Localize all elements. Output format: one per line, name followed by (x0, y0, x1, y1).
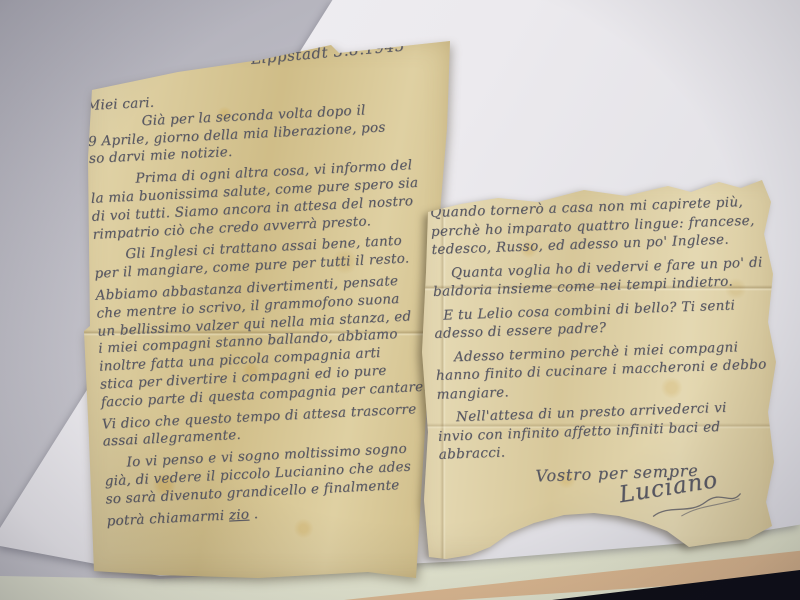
letter-paragraph: Nell'attesa di un presto arrivederci vii… (437, 397, 770, 464)
letter-paragraph: Quanta voglia ho di vedervi e fare un po… (432, 253, 764, 302)
date-line: Lippstadt 3.8.1945 (250, 37, 406, 68)
last-line-suffix: . (249, 506, 259, 522)
left-page-text: Miei cari. Già per la seconda volta dopo… (86, 82, 434, 531)
right-page-paragraphs: Quando tornerò a casa non mi capirete pi… (430, 192, 770, 464)
left-page-paragraphs: Miei cari. Già per la seconda volta dopo… (86, 82, 433, 509)
letter-paragraph: Miei cari. Già per la seconda volta dopo… (86, 82, 417, 169)
letter-photograph: Lippstadt 3.8.1945 Miei cari. Già per la… (0, 0, 800, 600)
last-line-prefix: potrà chiamarmi (106, 507, 229, 529)
letter-paragraph: Quando tornerò a casa non mi capirete pi… (430, 192, 763, 259)
letter-paragraph: Adesso termino perchè i miei compagnihan… (435, 337, 768, 404)
letter-paragraph: Abbiamo abbastanza divertimenti, pensate… (95, 272, 428, 412)
letter-paragraph: E tu Lelio cosa combini di bello? Ti sen… (434, 295, 766, 344)
letter-page-right-wrap: Quando tornerò a casa non mi capirete pi… (416, 170, 792, 566)
letter-page-left-wrap: Lippstadt 3.8.1945 Miei cari. Già per la… (78, 38, 454, 583)
letter-paragraph: Prima di ogni altra cosa, vi informo del… (90, 157, 421, 244)
letter-page-left: Lippstadt 3.8.1945 Miei cari. Già per la… (78, 38, 454, 583)
underlined-word: zio (228, 506, 249, 523)
letter-page-right: Quando tornerò a casa non mi capirete pi… (416, 170, 792, 566)
right-page-text: Quando tornerò a casa non mi capirete pi… (430, 192, 771, 511)
